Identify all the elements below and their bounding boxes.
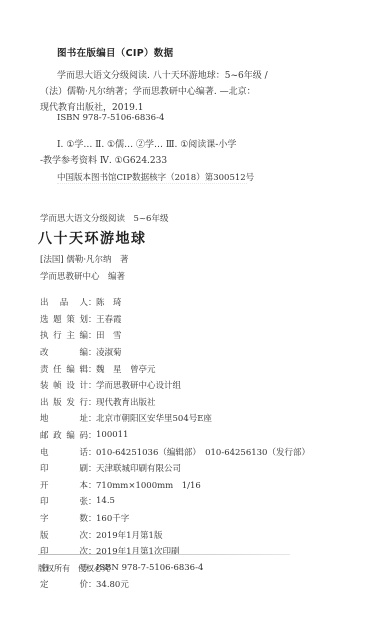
colophon-label: 责任编辑	[40, 363, 88, 375]
colophon-value: 魏 星 曾亭元	[96, 363, 156, 375]
colophon-label: 地址	[40, 412, 88, 424]
footer-divider	[38, 554, 290, 555]
cip-description-line: （法）儒勒·凡尔纳著；学而思教研中心编著. —北京：	[40, 84, 268, 100]
colophon-row: 改编：凌淑菊	[40, 344, 310, 361]
colon: ：	[88, 479, 96, 491]
colon: ：	[88, 429, 96, 441]
colophon-row: 版次：2019年1月第1版	[40, 526, 310, 543]
colophon-value: 14.5	[96, 496, 115, 506]
cip-record-number: 中国版本图书馆CIP数据核字（2018）第300512号	[57, 171, 254, 183]
colophon-label: 定价	[40, 578, 88, 590]
cip-classification: Ⅰ. ①学… Ⅱ. ①儒… ②学… Ⅲ. ①阅读课-小学 -教学参考资料 Ⅳ. …	[40, 137, 236, 169]
cip-classification-line: -教学参考资料 Ⅳ. ①G624.233	[40, 153, 236, 169]
colophon-value: 天津联城印刷有限公司	[96, 462, 181, 474]
colophon-row: 印张：14.5	[40, 493, 310, 510]
colophon-label: 出品人	[40, 296, 88, 308]
colophon-row: 选题策划：王春霞	[40, 311, 310, 328]
colon: ：	[88, 346, 96, 358]
colophon-row: 印次：2019年1月第1次印刷	[40, 543, 310, 560]
colon: ：	[88, 329, 96, 341]
colophon-label: 印刷	[40, 462, 88, 474]
colophon-row: 开本：710mm×1000mm 1/16	[40, 477, 310, 494]
colophon-value: 34.80元	[96, 578, 129, 590]
colophon-row: 责任编辑：魏 星 曾亭元	[40, 360, 310, 377]
colophon-label: 改编	[40, 346, 88, 358]
colon: ：	[88, 578, 96, 590]
colon: ：	[88, 296, 96, 308]
colophon-value: 凌淑菊	[96, 346, 122, 358]
copyright-notice: 版权所有 侵权必究	[38, 563, 110, 574]
colon: ：	[88, 446, 96, 458]
colon: ：	[88, 462, 96, 474]
colon: ：	[88, 313, 96, 325]
colophon-row: 执行主编：田 雪	[40, 327, 310, 344]
colon: ：	[88, 512, 96, 524]
colophon-value: 710mm×1000mm 1/16	[96, 479, 201, 491]
colophon-row: 地址：北京市朝阳区安华里504号E座	[40, 410, 310, 427]
colophon-value: 学而思教研中心设计组	[96, 379, 181, 391]
cip-classification-line: Ⅰ. ①学… Ⅱ. ①儒… ②学… Ⅲ. ①阅读课-小学	[40, 137, 236, 153]
book-title: 八十天环游地球	[38, 228, 147, 248]
colon: ：	[88, 529, 96, 541]
cip-divider	[57, 183, 247, 184]
colon: ：	[88, 412, 96, 424]
colophon-row: 邮政编码：100011	[40, 427, 310, 444]
colophon-label: 邮政编码	[40, 429, 88, 441]
cip-description-line: 学而思大语文分级阅读. 八十天环游地球：5~6年级 /	[40, 68, 268, 84]
colophon-value: 010-64251036（编辑部） 010-64256130（发行部）	[96, 446, 310, 458]
colophon-value: 王春霞	[96, 313, 122, 325]
colophon-row: 印刷：天津联城印刷有限公司	[40, 460, 310, 477]
colophon-list: 出品人：陈 琦 选题策划：王春霞 执行主编：田 雪 改编：凌淑菊 责任编辑：魏 …	[40, 294, 310, 593]
colon: ：	[88, 545, 96, 557]
colophon-label: 印次	[40, 545, 88, 557]
colophon-label: 装帧设计	[40, 379, 88, 391]
colophon-label: 电话	[40, 446, 88, 458]
colophon-value: ISBN 978-7-5106-6836-4	[96, 563, 203, 573]
colon: ：	[88, 363, 96, 375]
colophon-row: 字数：160千字	[40, 510, 310, 527]
colophon-value: 北京市朝阳区安华里504号E座	[96, 412, 212, 424]
cip-isbn: ISBN 978-7-5106-6836-4	[57, 113, 164, 123]
colophon-row: 出版发行：现代教育出版社	[40, 394, 310, 411]
colophon-label: 版次	[40, 529, 88, 541]
colophon-value: 现代教育出版社	[96, 396, 156, 408]
colophon-value: 2019年1月第1版	[96, 529, 162, 541]
cip-description: 学而思大语文分级阅读. 八十天环游地球：5~6年级 / （法）儒勒·凡尔纳著；学…	[40, 68, 268, 116]
colophon-row: 出品人：陈 琦	[40, 294, 310, 311]
book-editor: 学而思教研中心 编著	[40, 270, 125, 282]
book-author: [法国] 儒勒·凡尔纳 著	[40, 253, 129, 265]
colophon-row: 电话：010-64251036（编辑部） 010-64256130（发行部）	[40, 443, 310, 460]
colophon-label: 执行主编	[40, 329, 88, 341]
colophon-value: 2019年1月第1次印刷	[96, 545, 179, 557]
colophon-label: 选题策划	[40, 313, 88, 325]
colon: ：	[88, 495, 96, 507]
cip-heading: 图书在版编目（CIP）数据	[57, 45, 173, 59]
book-series: 学而思大语文分级阅读 5~6年级	[40, 212, 168, 224]
colophon-label: 开本	[40, 479, 88, 491]
colophon-value: 160千字	[96, 512, 129, 524]
colophon-value: 陈 琦	[96, 296, 122, 308]
colophon-row: 装帧设计：学而思教研中心设计组	[40, 377, 310, 394]
colophon-label: 出版发行	[40, 396, 88, 408]
colophon-label: 印张	[40, 495, 88, 507]
colophon-label: 字数	[40, 512, 88, 524]
colon: ：	[88, 396, 96, 408]
colophon-row: 定价：34.80元	[40, 576, 310, 593]
colophon-value: 100011	[96, 430, 128, 440]
colon: ：	[88, 379, 96, 391]
colophon-value: 田 雪	[96, 329, 122, 341]
